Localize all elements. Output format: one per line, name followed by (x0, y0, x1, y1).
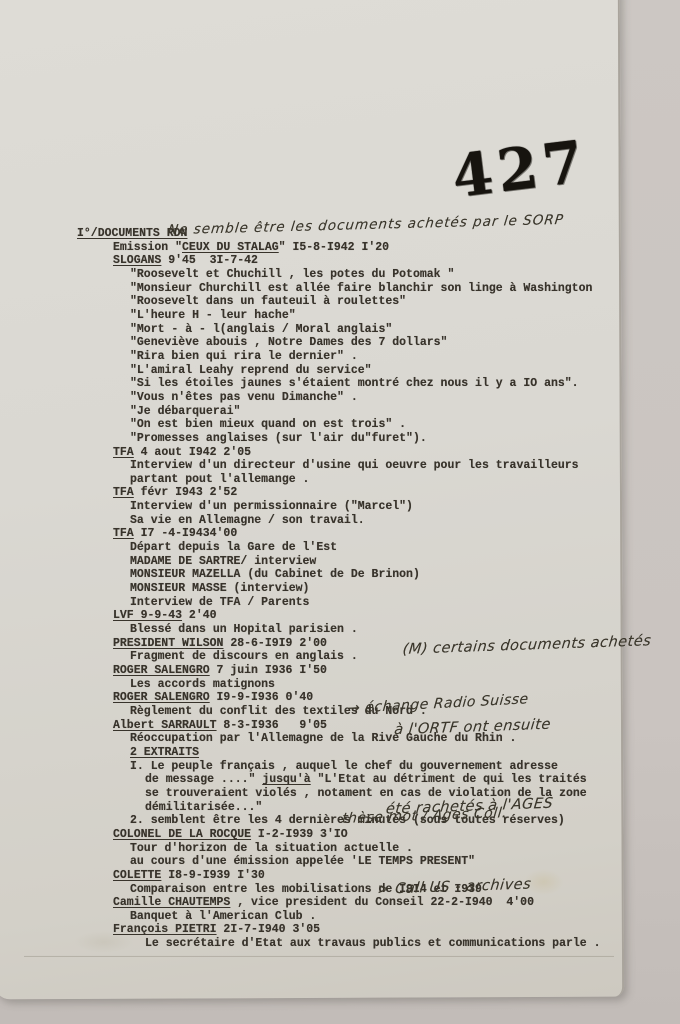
typewritten-segment: MONSIEUR MAZELLA (du Cabinet de De Brino… (130, 568, 420, 581)
typewritten-segment: "Rira bien qui rira le dernier" . (130, 350, 358, 363)
handwritten-note-line: à l'ORTF ont ensuite (393, 708, 644, 743)
typewritten-line: "Geneviève abouis , Notre Dames des 7 do… (77, 336, 617, 350)
typewritten-line: "Monsieur Churchill est allée faire blan… (77, 282, 617, 296)
typewritten-segment-underlined: PRESIDENT WILSON (113, 637, 223, 650)
typewritten-line: MADAME DE SARTRE/ interview (77, 555, 617, 569)
typewritten-segment-underlined: TFA (113, 486, 134, 499)
typewritten-segment-underlined: ROGER SALENGRO (113, 664, 210, 677)
typewritten-segment: Fragment de discours en anglais . (130, 650, 358, 663)
typewritten-line: partant pout l'allemange . (77, 473, 617, 487)
typewritten-line: Départ depuis la Gare de l'Est (77, 541, 617, 555)
scan-background: 427 I°/DOCUMENTS RDNEmission "CEUX DU ST… (0, 0, 680, 1024)
typewritten-segment: 4 aout I942 2'05 (134, 446, 251, 459)
typewritten-segment-underlined: COLETTE (113, 869, 161, 882)
typewritten-segment: "Monsieur Churchill est allée faire blan… (130, 282, 592, 295)
typewritten-segment: "L'heure H - leur hache" (130, 309, 296, 322)
typewritten-line: "L'heure H - leur hache" (77, 309, 617, 323)
typewritten-segment-underlined: SLOGANS (113, 254, 161, 267)
typewritten-segment: "Vous n'êtes pas venu Dimanche" . (130, 391, 358, 404)
typewritten-segment-underlined: 2 EXTRAITS (130, 746, 199, 759)
handwritten-note-line: > Call US - archives (376, 868, 627, 903)
typewritten-line: "Mort - à - l(anglais / Moral anglais" (77, 323, 617, 337)
typewritten-line: "On est bien mieux quand on est trois" . (77, 418, 617, 432)
typewritten-segment: Blessé dans un Hopital parisien . (130, 623, 358, 636)
typewritten-line: TFA févr I943 2'52 (77, 486, 617, 500)
typewritten-segment: 8-3-I936 9'05 (217, 719, 327, 732)
typewritten-segment: "Si les étoiles jaunes s'étaient montré … (130, 377, 579, 390)
typewritten-segment-underlined: Camille CHAUTEMPS (113, 896, 230, 909)
typewritten-segment-underlined: jusqu'à (262, 773, 310, 786)
typewritten-segment-underlined: François PIETRI (113, 923, 217, 936)
typewritten-segment: MADAME DE SARTRE/ interview (130, 555, 316, 568)
typewritten-line: Interview d'un directeur d'usine qui oeu… (77, 459, 617, 473)
typewritten-segment-underlined: TFA (113, 527, 134, 540)
typewritten-line: "Roosevelt et Chuchill , les potes du Po… (77, 268, 617, 282)
typewritten-segment: 9'45 3I-7-42 (161, 254, 258, 267)
typewritten-segment: " I5-8-I942 I'20 (279, 241, 389, 254)
typewritten-line: "Si les étoiles jaunes s'étaient montré … (77, 377, 617, 391)
typewritten-segment-underlined: ROGER SALENGRO (113, 691, 210, 704)
handwritten-note-block: (M) certains documents achetés à l'ORTF … (370, 575, 658, 956)
typewritten-line: "Vous n'êtes pas venu Dimanche" . (77, 391, 617, 405)
typewritten-segment: Les accords matignons (130, 678, 275, 691)
typewritten-line: Sa vie en Allemagne / son travail. (77, 514, 617, 528)
typewritten-segment: Sa vie en Allemagne / son travail. (130, 514, 365, 527)
typewritten-line: Emission "CEUX DU STALAG" I5-8-I942 I'20 (77, 241, 617, 255)
handwritten-note-line: (M) certains documents achetés (401, 628, 652, 663)
typewritten-line: TFA 4 aout I942 2'05 (77, 446, 617, 460)
typewritten-line: "Rira bien qui rira le dernier" . (77, 350, 617, 364)
typewritten-segment: 28-6-I9I9 2'00 (223, 637, 327, 650)
typewritten-segment: Interview d'un permissionnaire ("Marcel"… (130, 500, 413, 513)
typewritten-segment: I9-9-I936 0'40 (210, 691, 314, 704)
typewritten-segment: démilitarisée..." (145, 801, 262, 814)
typewritten-segment: I7 -4-I9434'00 (134, 527, 238, 540)
typewritten-segment: 2I-7-I940 3'05 (217, 923, 321, 936)
typewritten-line: TFA I7 -4-I9434'00 (77, 527, 617, 541)
typewritten-line: "Roosevelt dans un fauteuil à roulettes" (77, 295, 617, 309)
typewritten-segment: Interview de TFA / Parents (130, 596, 309, 609)
typewritten-segment: "Geneviève abouis , Notre Dames des 7 do… (130, 336, 447, 349)
typewritten-segment: MONSIEUR MASSE (interview) (130, 582, 309, 595)
typewritten-segment: I-2-I939 3'IO (251, 828, 348, 841)
typewritten-segment-underlined: TFA (113, 446, 134, 459)
typewritten-segment: Tour d'horizon de la situation actuelle … (130, 842, 413, 855)
typewritten-segment: I8-9-I939 I'30 (161, 869, 265, 882)
typewritten-segment: Interview d'un directeur d'usine qui oeu… (130, 459, 579, 472)
typewritten-line: SLOGANS 9'45 3I-7-42 (77, 254, 617, 268)
typewritten-segment: "L'amiral Leahy reprend du service" (130, 364, 372, 377)
typewritten-segment-underlined: Albert SARRAULT (113, 719, 217, 732)
typewritten-segment: "Mort - à - l(anglais / Moral anglais" (130, 323, 392, 336)
typewritten-line: "L'amiral Leahy reprend du service" (77, 364, 617, 378)
typewritten-segment-underlined: CEUX DU STALAG (182, 241, 279, 254)
typewritten-line: "Promesses anglaises (sur l'air du"furet… (77, 432, 617, 446)
typewritten-segment: de message ...." (145, 773, 262, 786)
typewritten-segment: Départ depuis la Gare de l'Est (130, 541, 337, 554)
typewritten-segment: "On est bien mieux quand on est trois" . (130, 418, 406, 431)
typewritten-segment-underlined: COLONEL DE LA ROCQUE (113, 828, 251, 841)
page-number-stamp: 427 (449, 132, 591, 206)
typewritten-segment: "Promesses anglaises (sur l'air du"furet… (130, 432, 427, 445)
typewritten-segment: "Roosevelt et Chuchill , les potes du Po… (130, 268, 454, 281)
typewritten-line: "Je débarquerai" (77, 405, 617, 419)
typewritten-segment: 2'40 (182, 609, 217, 622)
typewritten-segment: 7 juin I936 I'50 (210, 664, 327, 677)
typewritten-segment: "Roosevelt dans un fauteuil à roulettes" (130, 295, 406, 308)
typewritten-line: Interview d'un permissionnaire ("Marcel"… (77, 500, 617, 514)
typewritten-segment: partant pout l'allemange . (130, 473, 309, 486)
typewritten-segment-underlined: LVF 9-9-43 (113, 609, 182, 622)
typewritten-segment: févr I943 2'52 (134, 486, 238, 499)
typewritten-segment: "Je débarquerai" (130, 405, 240, 418)
typewritten-segment: Emission " (113, 241, 182, 254)
typewritten-segment: Banquet à l'American Club . (130, 910, 316, 923)
paper-crease (24, 956, 614, 957)
